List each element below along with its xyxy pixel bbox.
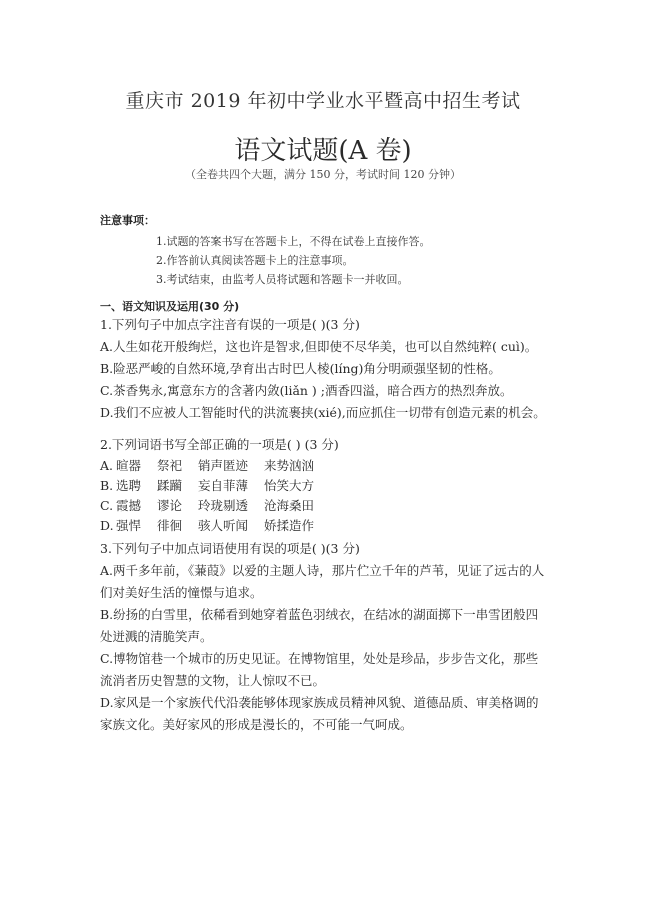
option-b: B. 选聘 蹂躏 妄自菲薄 怡笑大方 — [100, 476, 550, 496]
question-stem: 3.下列句子中加点词语使用有误的项是( )(3 分) — [100, 538, 550, 560]
option-b: B.纷扬的白雪里，依稀看到她穿着蓝色羽绒衣，在结冰的湖面掷下一串雪团般四处迸溅的… — [100, 604, 550, 648]
option-d: D.家风是一个家族代代沿袭能够体现家族成员精神风貌、道德品质、审美格调的家族文化… — [100, 692, 550, 736]
question-stem: 1.下列句子中加点字注音有误的一项是( )(3 分) — [100, 314, 550, 336]
option-d: D. 强悍 徘徊 骇人听闻 娇揉造作 — [100, 516, 550, 536]
notice-list: 1.试题的答案书写在答题卡上，不得在试卷上直接作答。 2.作答前认真阅读答题卡上… — [156, 232, 431, 289]
notice-item: 2.作答前认真阅读答题卡上的注意事项。 — [156, 251, 431, 270]
option-c: C.博物馆巷一个城市的历史见证。在博物馆里，处处是珍品，步步告文化，那些流消者历… — [100, 648, 550, 692]
question-1: 1.下列句子中加点字注音有误的一项是( )(3 分) A.人生如花开般绚烂，这也… — [100, 314, 550, 424]
question-stem: 2.下列词语书写全部正确的一项是( ) (3 分) — [100, 434, 550, 456]
option-a: A.人生如花开般绚烂，这也许是智求,但即使不尽华美，也可以自然纯粹( cuì)。 — [100, 336, 550, 358]
exam-page: 重庆市 2019 年初中学业水平暨高中招生考试 语文试题(A 卷) （全卷共四个… — [0, 0, 646, 912]
exam-title: 重庆市 2019 年初中学业水平暨高中招生考试 — [0, 86, 646, 113]
option-a: A.两千多年前，《蒹葭》以爱的主题人诗，那片伫立千年的芦苇，见证了远古的人们对美… — [100, 560, 550, 604]
question-2: 2.下列词语书写全部正确的一项是( ) (3 分) A. 暄器 祭祀 销声匿迹 … — [100, 434, 550, 536]
notice-heading: 注意事项： — [100, 212, 155, 228]
option-c: C. 霞撼 谬论 玲珑剔透 沧海桑田 — [100, 496, 550, 516]
option-d: D.我们不应被人工智能时代的洪流裹挟(xié),而应抓住一切带有创造元素的机会。 — [100, 402, 550, 424]
option-a: A. 暄器 祭祀 销声匿迹 来势汹汹 — [100, 456, 550, 476]
paper-title: 语文试题(A 卷) — [0, 130, 646, 167]
question-3: 3.下列句子中加点词语使用有误的项是( )(3 分) A.两千多年前，《蒹葭》以… — [100, 538, 550, 736]
notice-item: 3.考试结束，由监考人员将试题和答题卡一并收回。 — [156, 270, 431, 289]
option-c: C.茶香隽永,寓意东方的含著内敛(liǎn ) ;酒香四溢，暗合西方的热烈奔放。 — [100, 380, 550, 402]
option-b: B.险恶严峻的自然环境,孕育出古时巴人棱(líng)角分明顽强坚韧的性格。 — [100, 358, 550, 380]
exam-info: （全卷共四个大题，满分 150 分，考试时间 120 分钟） — [0, 166, 646, 182]
notice-item: 1.试题的答案书写在答题卡上，不得在试卷上直接作答。 — [156, 232, 431, 251]
section-heading: 一、语文知识及运用(30 分) — [100, 298, 239, 314]
